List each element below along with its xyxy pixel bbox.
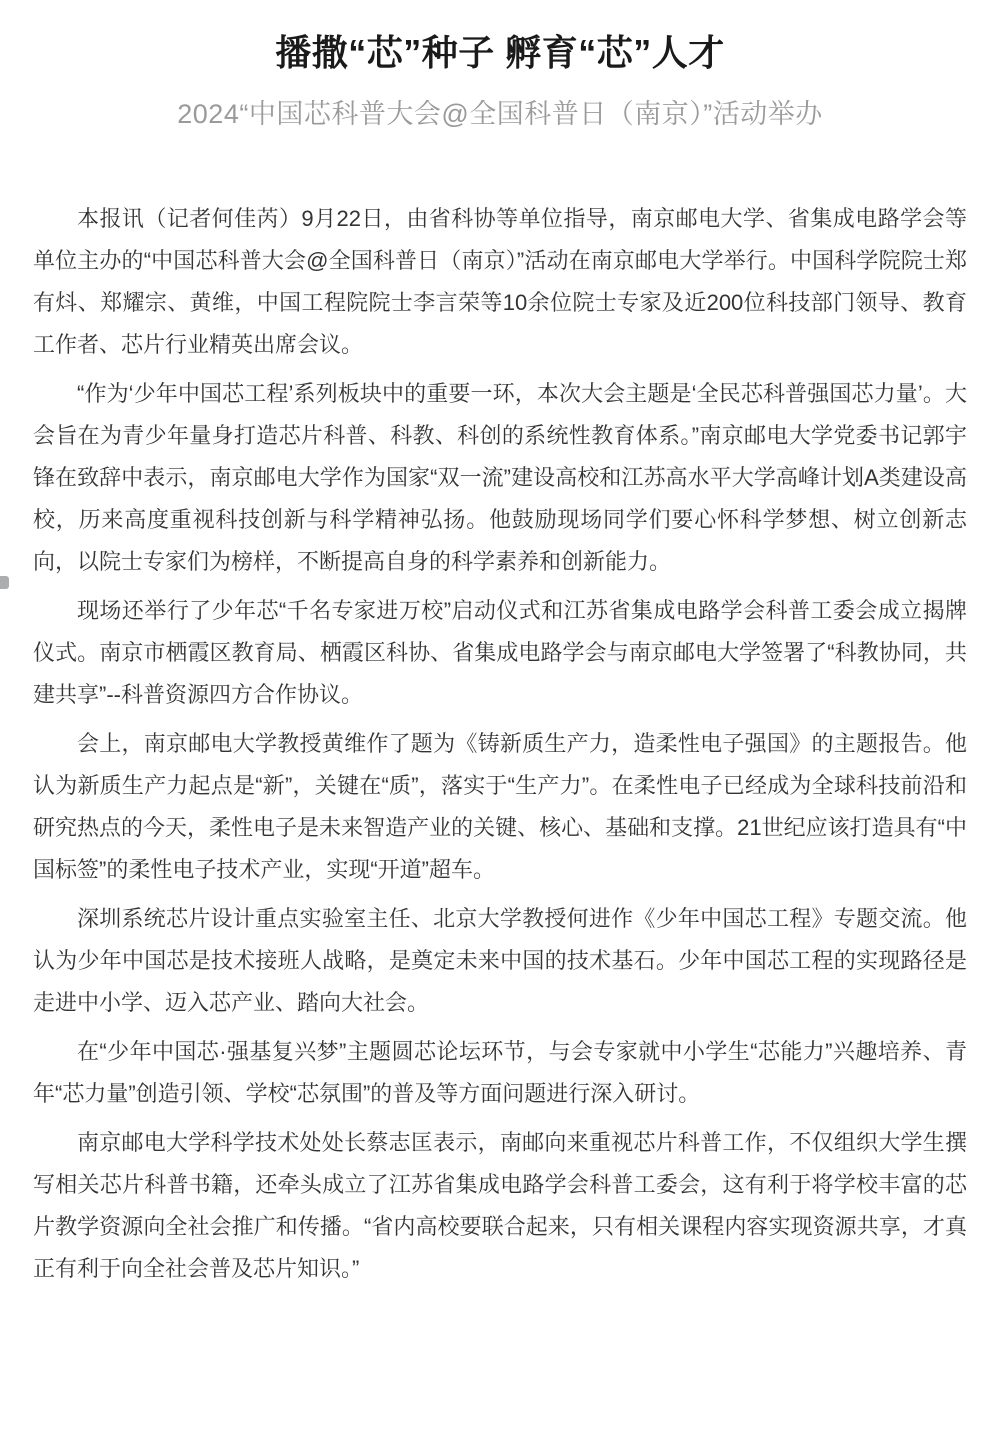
left-edge-marker (0, 576, 9, 589)
article-paragraph: 在“少年中国芯·强基复兴梦”主题圆芯论坛环节，与会专家就中小学生“芯能力”兴趣培… (33, 1031, 967, 1115)
article-paragraph: “作为‘少年中国芯工程’系列板块中的重要一环，本次大会主题是‘全民芯科普强国芯力… (33, 373, 967, 583)
article-page: 播撒“芯”种子 孵育“芯”人才 2024“中国芯科普大会@全国科普日（南京）”活… (0, 0, 1000, 1449)
article-body: 本报讯（记者何佳芮）9月22日，由省科协等单位指导，南京邮电大学、省集成电路学会… (33, 198, 967, 1290)
article-paragraph: 现场还举行了少年芯“千名专家进万校”启动仪式和江苏省集成电路学会科普工委会成立揭… (33, 590, 967, 716)
article-paragraph: 会上，南京邮电大学教授黄维作了题为《铸新质生产力，造柔性电子强国》的主题报告。他… (33, 723, 967, 891)
article-paragraph: 本报讯（记者何佳芮）9月22日，由省科协等单位指导，南京邮电大学、省集成电路学会… (33, 198, 967, 366)
article-paragraph: 深圳系统芯片设计重点实验室主任、北京大学教授何进作《少年中国芯工程》专题交流。他… (33, 898, 967, 1024)
article-paragraph: 南京邮电大学科学技术处处长蔡志匡表示，南邮向来重视芯片科普工作，不仅组织大学生撰… (33, 1122, 967, 1290)
article-subtitle: 2024“中国芯科普大会@全国科普日（南京）”活动举办 (40, 94, 960, 134)
article-title: 播撒“芯”种子 孵育“芯”人才 (40, 28, 960, 78)
